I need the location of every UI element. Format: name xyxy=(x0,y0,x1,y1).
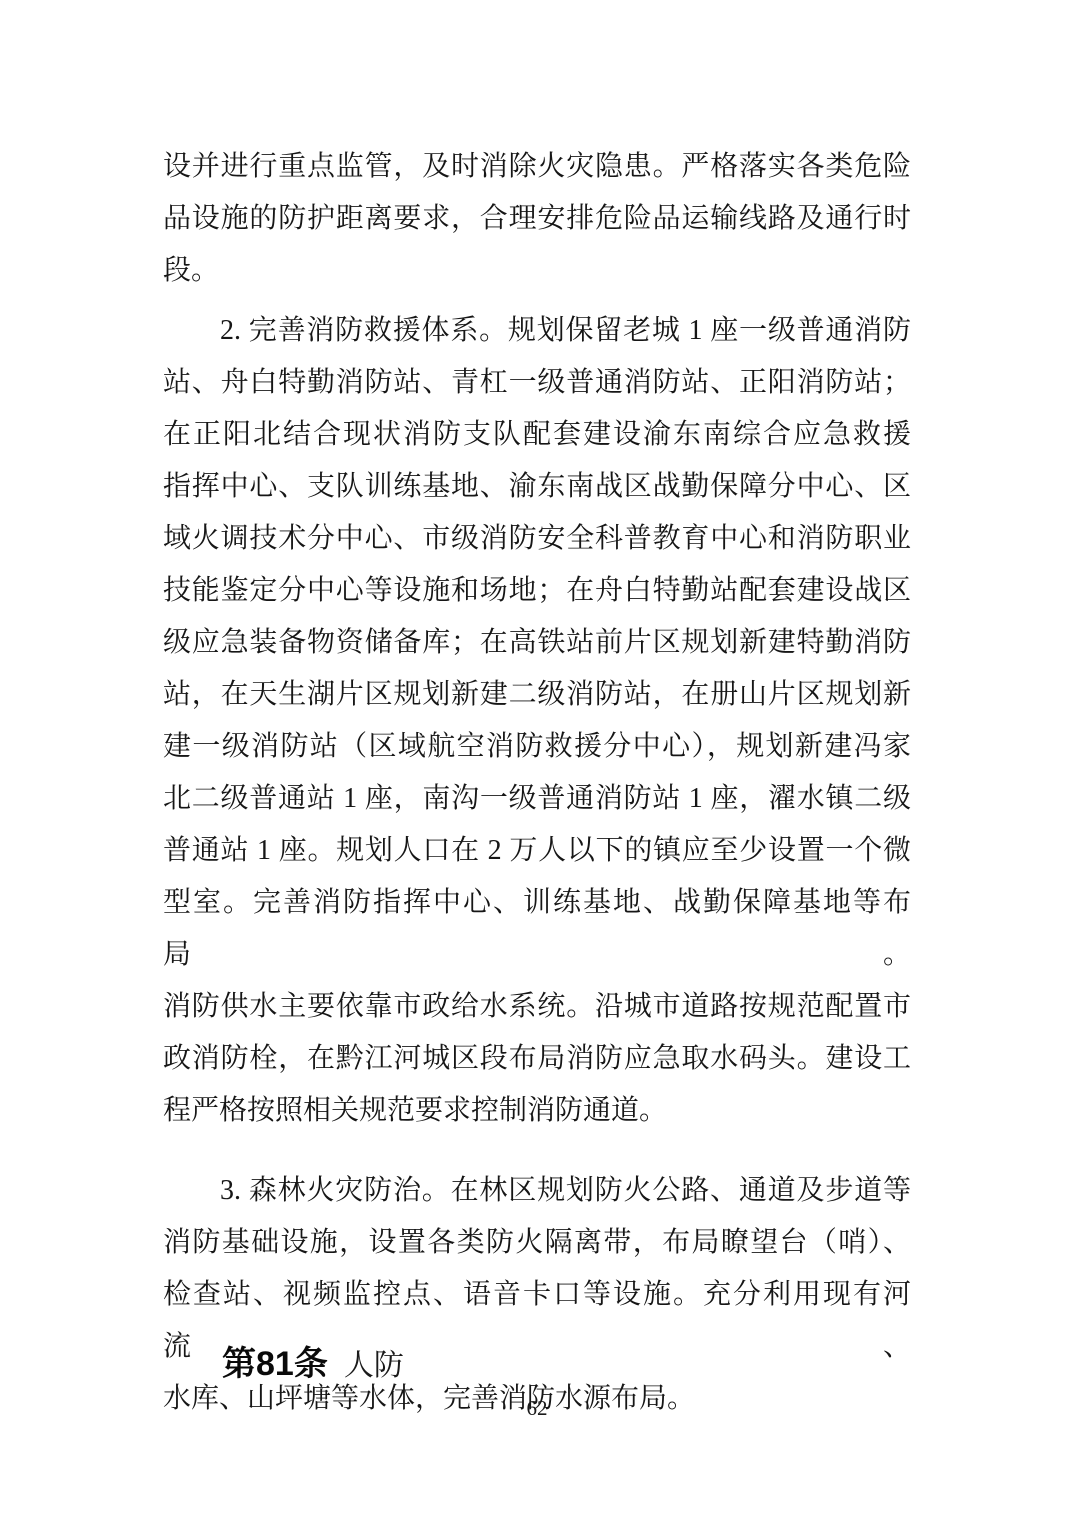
text-line: 指挥中心、支队训练基地、渝东南战区战勤保障分中心、区 xyxy=(163,461,911,513)
paragraph: 2. 完善消防救援体系。规划保留老城 1 座一级普通消防站、舟白特勤消防站、青杠… xyxy=(163,305,911,1137)
text-line: 普通站 1 座。规划人口在 2 万人以下的镇应至少设置一个微 xyxy=(163,825,911,877)
text-line: 程严格按照相关规范要求控制消防通道。 xyxy=(163,1085,911,1137)
paragraph: 设并进行重点监管，及时消除火灾隐患。严格落实各类危险品设施的防护距离要求，合理安… xyxy=(163,141,911,297)
paragraph: 3. 森林火灾防治。在林区规划防火公路、通道及步道等消防基础设施，设置各类防火隔… xyxy=(163,1165,911,1425)
text-line: 北二级普通站 1 座，南沟一级普通消防站 1 座，濯水镇二级 xyxy=(163,773,911,825)
text-line: 消防供水主要依靠市政给水系统。沿城市道路按规范配置市 xyxy=(163,981,911,1033)
text-line: 在正阳北结合现状消防支队配套建设渝东南综合应急救援 xyxy=(163,409,911,461)
document-body: 设并进行重点监管，及时消除火灾隐患。严格落实各类危险品设施的防护距离要求，合理安… xyxy=(163,141,911,1425)
section-heading: 第81条人防 xyxy=(222,1336,404,1385)
text-line: 政消防栓，在黔江河城区段布局消防应急取水码头。建设工 xyxy=(163,1033,911,1085)
text-line: 级应急装备物资储备库；在高铁站前片区规划新建特勤消防 xyxy=(163,617,911,669)
text-line: 设并进行重点监管，及时消除火灾隐患。严格落实各类危险 xyxy=(163,141,911,193)
text-line: 站、舟白特勤消防站、青杠一级普通消防站、正阳消防站； xyxy=(163,357,911,409)
text-line: 段。 xyxy=(163,245,911,297)
text-line: 3. 森林火灾防治。在林区规划防火公路、通道及步道等 xyxy=(163,1165,911,1217)
text-line: 站，在天生湖片区规划新建二级消防站，在册山片区规划新 xyxy=(163,669,911,721)
section-title: 人防 xyxy=(344,1349,404,1382)
text-line: 技能鉴定分中心等设施和场地；在舟白特勤站配套建设战区 xyxy=(163,565,911,617)
text-line: 建一级消防站（区域航空消防救援分中心），规划新建冯家 xyxy=(163,721,911,773)
page-number: 62 xyxy=(0,1396,1074,1421)
text-line: 型室。完善消防指挥中心、训练基地、战勤保障基地等布局。 xyxy=(163,877,911,981)
document-page: 设并进行重点监管，及时消除火灾隐患。严格落实各类危险品设施的防护距离要求，合理安… xyxy=(0,0,1074,1520)
text-line: 域火调技术分中心、市级消防安全科普教育中心和消防职业 xyxy=(163,513,911,565)
text-line: 消防基础设施，设置各类防火隔离带，布局瞭望台（哨）、 xyxy=(163,1217,911,1269)
text-line: 品设施的防护距离要求，合理安排危险品运输线路及通行时 xyxy=(163,193,911,245)
section-number: 第81条 xyxy=(222,1345,328,1383)
text-line: 2. 完善消防救援体系。规划保留老城 1 座一级普通消防 xyxy=(163,305,911,357)
